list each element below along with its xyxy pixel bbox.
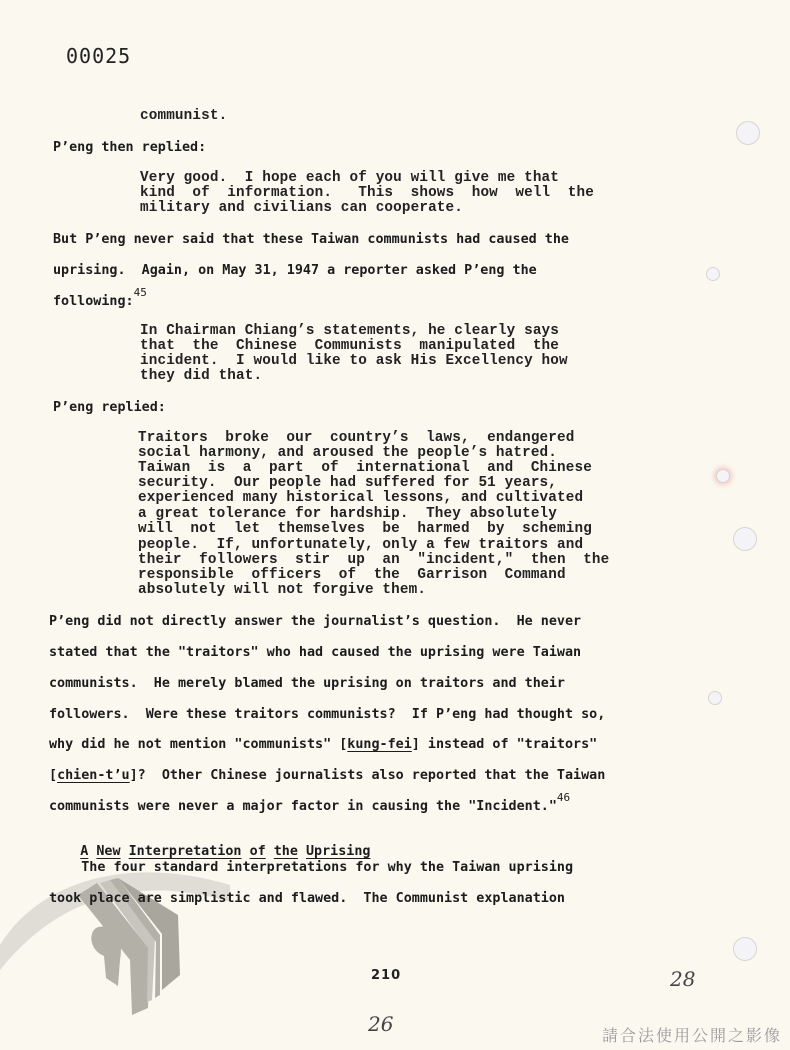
intro-peng-replied-1: P’eng then replied: <box>53 140 206 155</box>
archive-keyhole-book-logo-icon <box>0 850 230 1020</box>
quote-tail: communist. <box>140 109 227 124</box>
quote-line: Very good. I hope each of you will give … <box>140 171 559 186</box>
punch-hole-icon <box>733 937 757 961</box>
paragraph-line: stated that the "traitors" who had cause… <box>49 645 581 660</box>
heading-word: Uprising <box>306 844 371 859</box>
quote-line: security. Our people had suffered for 51… <box>138 476 557 491</box>
paragraph-line: The four standard interpretations for wh… <box>49 860 573 875</box>
footnote-46[interactable]: 46 <box>557 791 570 804</box>
paragraph-line: took place are simplistic and flawed. Th… <box>49 891 565 906</box>
paragraph-line: followers. Were these traitors communist… <box>49 707 605 722</box>
punch-hole-icon <box>716 469 730 483</box>
paragraph-line: [chien-t’u]? Other Chinese journalists a… <box>49 768 605 783</box>
heading-word: the <box>274 844 298 859</box>
paragraph-line: But P’eng never said that these Taiwan c… <box>53 232 569 247</box>
quote-line: that the Chinese Communists manipulated … <box>140 339 559 354</box>
paragraph-line: uprising. Again, on May 31, 1947 a repor… <box>53 263 537 278</box>
punch-hole-icon <box>708 691 722 705</box>
paragraph-line: following:45 <box>53 294 147 309</box>
quote-line: In Chairman Chiang’s statements, he clea… <box>140 324 559 339</box>
paragraph-text: ] instead of "traitors" <box>412 737 597 752</box>
quote-line: will not let themselves be harmed by sch… <box>138 522 592 537</box>
quote-line: their followers stir up an "incident," t… <box>138 553 609 568</box>
term-chien-tu: chien-t’u <box>57 768 130 783</box>
quote-line: Traitors broke our country’s laws, endan… <box>138 431 574 446</box>
quote-line: Taiwan is a part of international and Ch… <box>138 461 592 476</box>
term-kung-fei: kung-fei <box>347 737 412 752</box>
paragraph-text: communists were never a major factor in … <box>49 799 557 814</box>
quote-line: experienced many historical lessons, and… <box>138 491 583 506</box>
quote-line: military and civilians can cooperate. <box>140 201 463 216</box>
heading-word: of <box>250 844 266 859</box>
paragraph-line: why did he not mention "communists" [kun… <box>49 737 597 752</box>
quote-line: they did that. <box>140 369 262 384</box>
quote-line: a great tolerance for hardship. They abs… <box>138 507 557 522</box>
document-id-stamp: 00025 <box>66 44 131 68</box>
paragraph-text: why did he not mention "communists" [ <box>49 737 347 752</box>
quote-line: absolutely will not forgive them. <box>138 583 426 598</box>
page-number: 210 <box>371 968 401 983</box>
intro-peng-replied-2: P’eng replied: <box>53 400 166 415</box>
paragraph-line: P’eng did not directly answer the journa… <box>49 614 581 629</box>
paragraph-line: communists were never a major factor in … <box>49 799 570 814</box>
footnote-45[interactable]: 45 <box>134 286 147 299</box>
paragraph-text: following: <box>53 294 134 309</box>
watermark-text: 請合法使用公開之影像 <box>602 1023 782 1046</box>
punch-hole-icon <box>736 121 760 145</box>
quote-line: kind of information. This shows how well… <box>140 186 594 201</box>
punch-hole-icon <box>706 267 720 281</box>
handwritten-page-number-right: 28 <box>670 967 695 991</box>
quote-line: social harmony, and aroused the people’s… <box>138 446 557 461</box>
quote-line: incident. I would like to ask His Excell… <box>140 354 568 369</box>
paragraph-line: communists. He merely blamed the uprisin… <box>49 676 565 691</box>
quote-line: responsible officers of the Garrison Com… <box>138 568 566 583</box>
document-page: 00025 communist. P’eng then replied: Ver… <box>0 0 790 1050</box>
quote-line: people. If, unfortunately, only a few tr… <box>138 538 583 553</box>
paragraph-text: [ <box>49 768 57 783</box>
paragraph-text: ]? Other Chinese journalists also report… <box>130 768 606 783</box>
punch-hole-icon <box>733 527 757 551</box>
handwritten-page-number-bottom: 26 <box>368 1012 393 1036</box>
